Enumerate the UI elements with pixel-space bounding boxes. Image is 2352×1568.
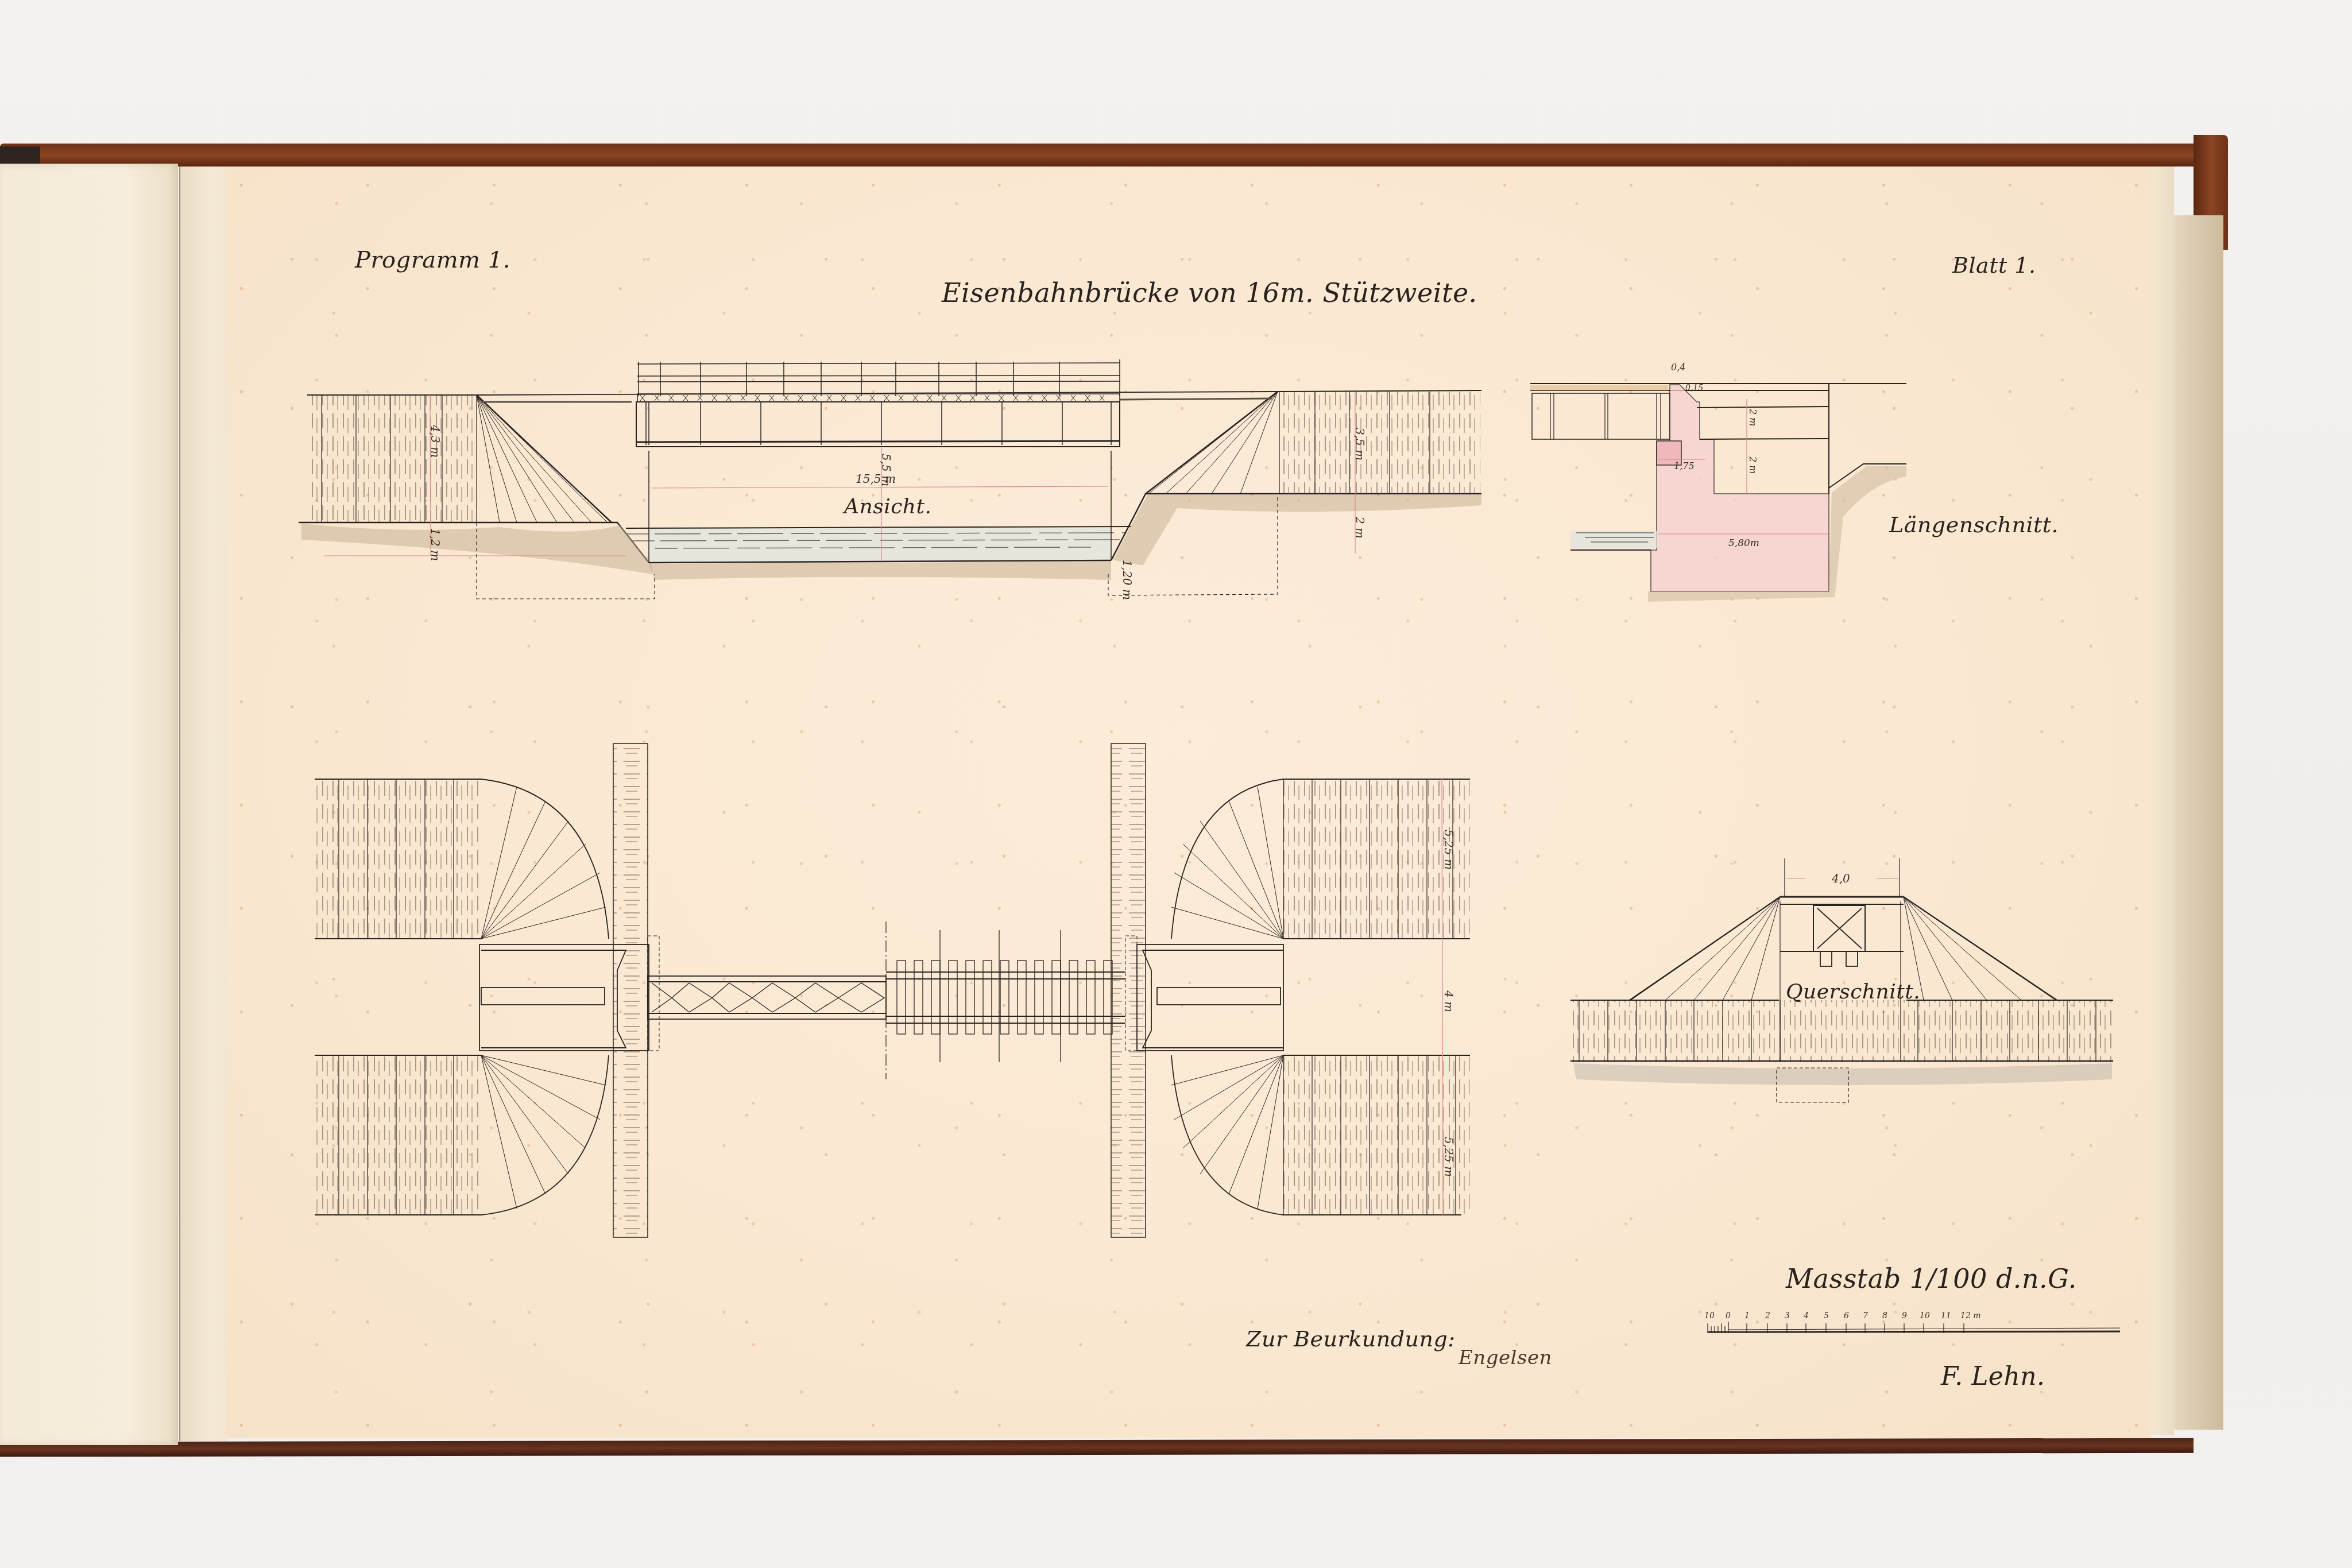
dim-base-width: 5,80m (1728, 537, 1759, 549)
scale-tick: 9 (1902, 1311, 1907, 1321)
longitudinal-section (1530, 384, 1906, 602)
certification-signature: Engelsen (1459, 1346, 1552, 1369)
dim-roadway: 4 m (1442, 990, 1456, 1012)
program-label: Programm 1. (355, 247, 510, 273)
scale-label: Masstab 1/100 d.n.G. (1786, 1263, 2077, 1294)
plan-view (315, 744, 1470, 1237)
scale-bar (1708, 1322, 2120, 1333)
scale-tick: 3 (1785, 1311, 1790, 1321)
longitudinal-section-label: Längenschnitt. (1889, 512, 2059, 537)
cross-section-label: Querschnitt. (1786, 980, 1920, 1004)
scale-tick: 12 m (1960, 1311, 1981, 1321)
dim-crown-width: 4,0 (1832, 872, 1850, 885)
dim-foundation-left: 1,2 m (428, 528, 442, 561)
dim-lower-wall: 2 m (1747, 456, 1758, 474)
scale-tick: 11 (1941, 1311, 1951, 1321)
scale-tick: 8 (1882, 1311, 1887, 1321)
scale-tick: 1 (1744, 1311, 1750, 1321)
dim-wing-lower: 5,25 m (1442, 1137, 1456, 1177)
dim-embankment-right: 3,5 m (1353, 428, 1367, 460)
dim-foundation-right: 2 m (1353, 517, 1367, 539)
scale-tick: 6 (1844, 1311, 1849, 1321)
technical-drawings (0, 0, 2352, 1568)
dim-bearing-width: 0,4 (1671, 362, 1685, 373)
certification-label: Zur Beurkundung: (1246, 1326, 1456, 1352)
author-signature: F. Lehn. (1941, 1362, 2045, 1391)
dim-upper-wall: 2 m (1747, 409, 1758, 426)
sheet-number: Blatt 1. (1952, 253, 2036, 278)
dim-clearance: 5,5 m (879, 454, 893, 486)
scale-tick: 10 (1704, 1311, 1715, 1321)
scale-tick: 4 (1804, 1311, 1809, 1321)
dim-ballast-depth: 0,15 (1685, 384, 1703, 393)
scale-tick: 10 (1920, 1311, 1930, 1321)
drawing-title: Eisenbahnbrücke von 16m. Stützweite. (942, 277, 1477, 308)
scale-tick: 0 (1726, 1311, 1731, 1321)
elevation-label: Ansicht. (844, 495, 931, 518)
dim-footing-depth: 1,20 m (1120, 560, 1134, 600)
scale-tick: 5 (1824, 1311, 1829, 1321)
dim-wing-upper: 5,25 m (1442, 830, 1456, 870)
dim-embankment-left: 4,3 m (428, 425, 442, 458)
scale-tick: 7 (1863, 1311, 1868, 1321)
scale-tick: 2 (1765, 1311, 1770, 1321)
dim-seat-width: 1,75 (1674, 460, 1695, 471)
